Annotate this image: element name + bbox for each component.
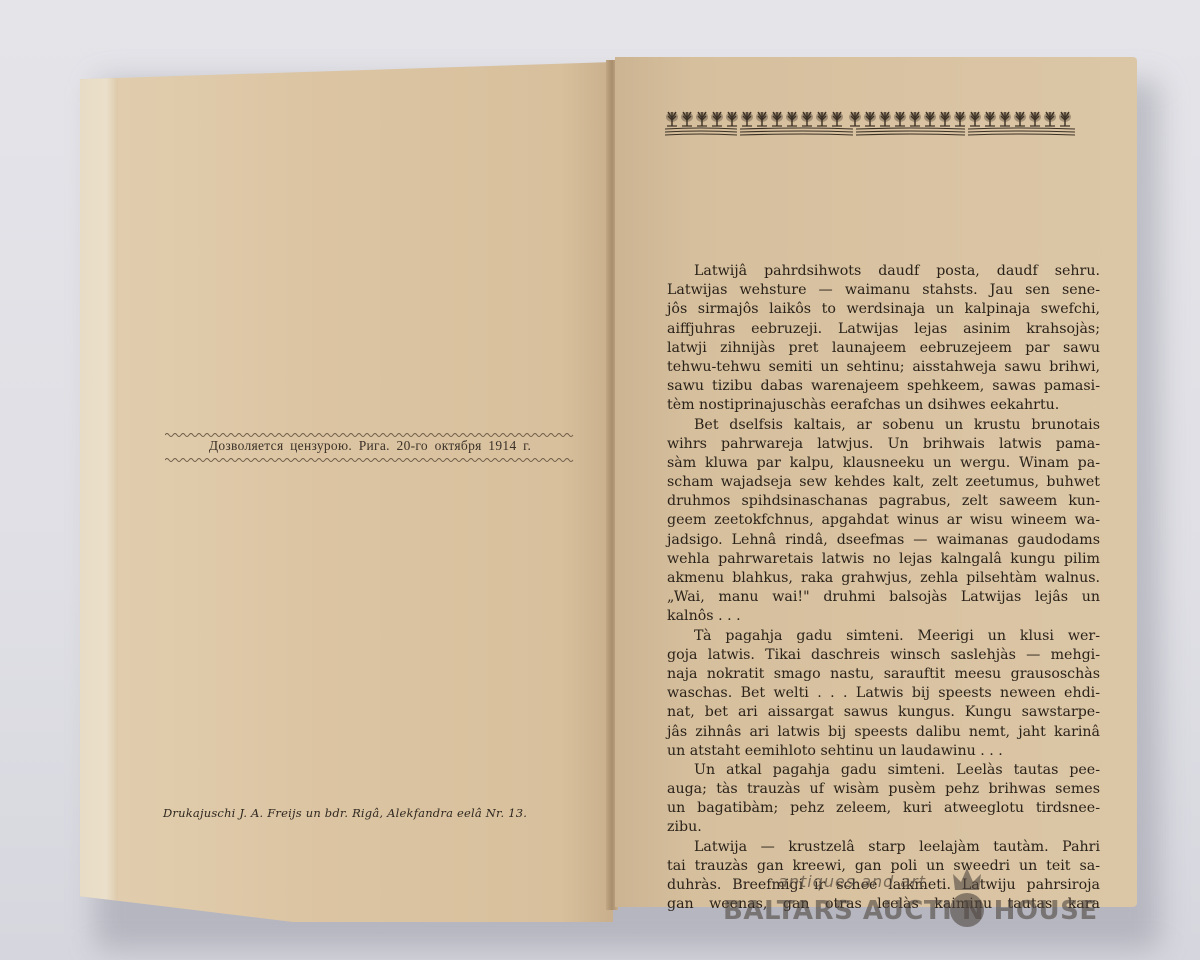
text-line: Latwija — krustzelâ starp leelajàm tautà… <box>667 838 1100 857</box>
text-line: latwji zihnijàs pret launajeem eebruzeje… <box>667 339 1100 358</box>
text-line: aiffjuhras eebruzeji. Latwijas lejas asi… <box>667 320 1100 339</box>
text-line: kalnôs . . . <box>667 607 1100 626</box>
text-line: jadsigo. Lehnâ rindâ, dseefmas — waimana… <box>667 531 1100 550</box>
text-line: druhmos spihdsinaschanas pagrabus, zelt … <box>667 492 1100 511</box>
tree-ornament-band <box>665 108 1075 140</box>
text-line: tèm nostiprinajuschàs eerafchas un dsihw… <box>667 396 1100 415</box>
text-line: jôs sirmajôs laikôs to werdsinaja un kal… <box>667 300 1100 319</box>
text-line: akmenu blahkus, raka grahwjus, zehla pil… <box>667 569 1100 588</box>
text-line: geem zeetokfchnus, apgahdat winus ar wis… <box>667 511 1100 530</box>
text-line: Latwijâ pahrdsihwots daudf posta, daudf … <box>667 262 1100 281</box>
page-edge-strip <box>80 62 118 922</box>
wavy-rule-bottom <box>165 457 575 463</box>
text-line: Un atkal pagahja gadu simteni. Leelàs ta… <box>667 761 1100 780</box>
text-line: Bet dselfsis kaltais, ar sobenu un krust… <box>667 416 1100 435</box>
text-line: Latwijas wehsture — waimanu stahsts. Jau… <box>667 281 1100 300</box>
text-line: scham wajadseja sew kehdes kalt, zelt ze… <box>667 473 1100 492</box>
crown-logo-icon <box>949 866 985 928</box>
text-line: un atstaht eemihloto sehtinu un laudawin… <box>667 742 1100 761</box>
auction-house-watermark: antiques and art BALTARS AUCTI N HOUSE <box>720 866 1140 936</box>
watermark-brand: BALTARS AUCTI N HOUSE <box>723 896 1098 926</box>
text-line: sawu tizibu dabas warenajeem spehkeem, s… <box>667 377 1100 396</box>
text-line: auga; tàs trauzàs uf wisàm pusèm pehz br… <box>667 780 1100 799</box>
left-page <box>80 62 613 922</box>
text-line: „Wai, manu wai!" druhmi balsojàs Latwija… <box>667 588 1100 607</box>
censorship-note-block: Дозволяется цензурою. Рига. 20-го октябр… <box>165 432 575 462</box>
text-line: Tà pagahja gadu simteni. Meerigi un klus… <box>667 627 1100 646</box>
text-line: naja nokratit smago nastu, sarauftit mee… <box>667 665 1100 684</box>
printer-imprint: Drukajuschi J. A. Freijs un bdr. Rigâ, A… <box>163 806 583 820</box>
body-text: Latwijâ pahrdsihwots daudf posta, daudf … <box>667 262 1100 914</box>
text-line: sàm kluwa par kalpu, klausneeku un wergu… <box>667 454 1100 473</box>
text-line: goja latwis. Tikai daschreis winsch sasl… <box>667 646 1100 665</box>
text-line: un bagatibàm; pehz zeleem, kuri atweeglo… <box>667 799 1100 818</box>
text-line: jâs zihnâs ari latwis bij speests dalibu… <box>667 723 1100 742</box>
text-line: wihrs pahrwareja latwjus. Un brihwais la… <box>667 435 1100 454</box>
text-line: nat, bet ari aissargat sawus kungus. Kun… <box>667 703 1100 722</box>
text-line: wehla pahrwaretais latwis no lejas kalng… <box>667 550 1100 569</box>
text-line: tehwu-tehwu semiti un sehtinu; aisstahwe… <box>667 358 1100 377</box>
text-line: waschas. Bet welti . . . Latwis bij spee… <box>667 684 1100 703</box>
censorship-note: Дозволяется цензурою. Рига. 20-го октябр… <box>165 438 575 454</box>
watermark-tagline: antiques and art <box>778 872 926 891</box>
text-line: zibu. <box>667 818 1100 837</box>
